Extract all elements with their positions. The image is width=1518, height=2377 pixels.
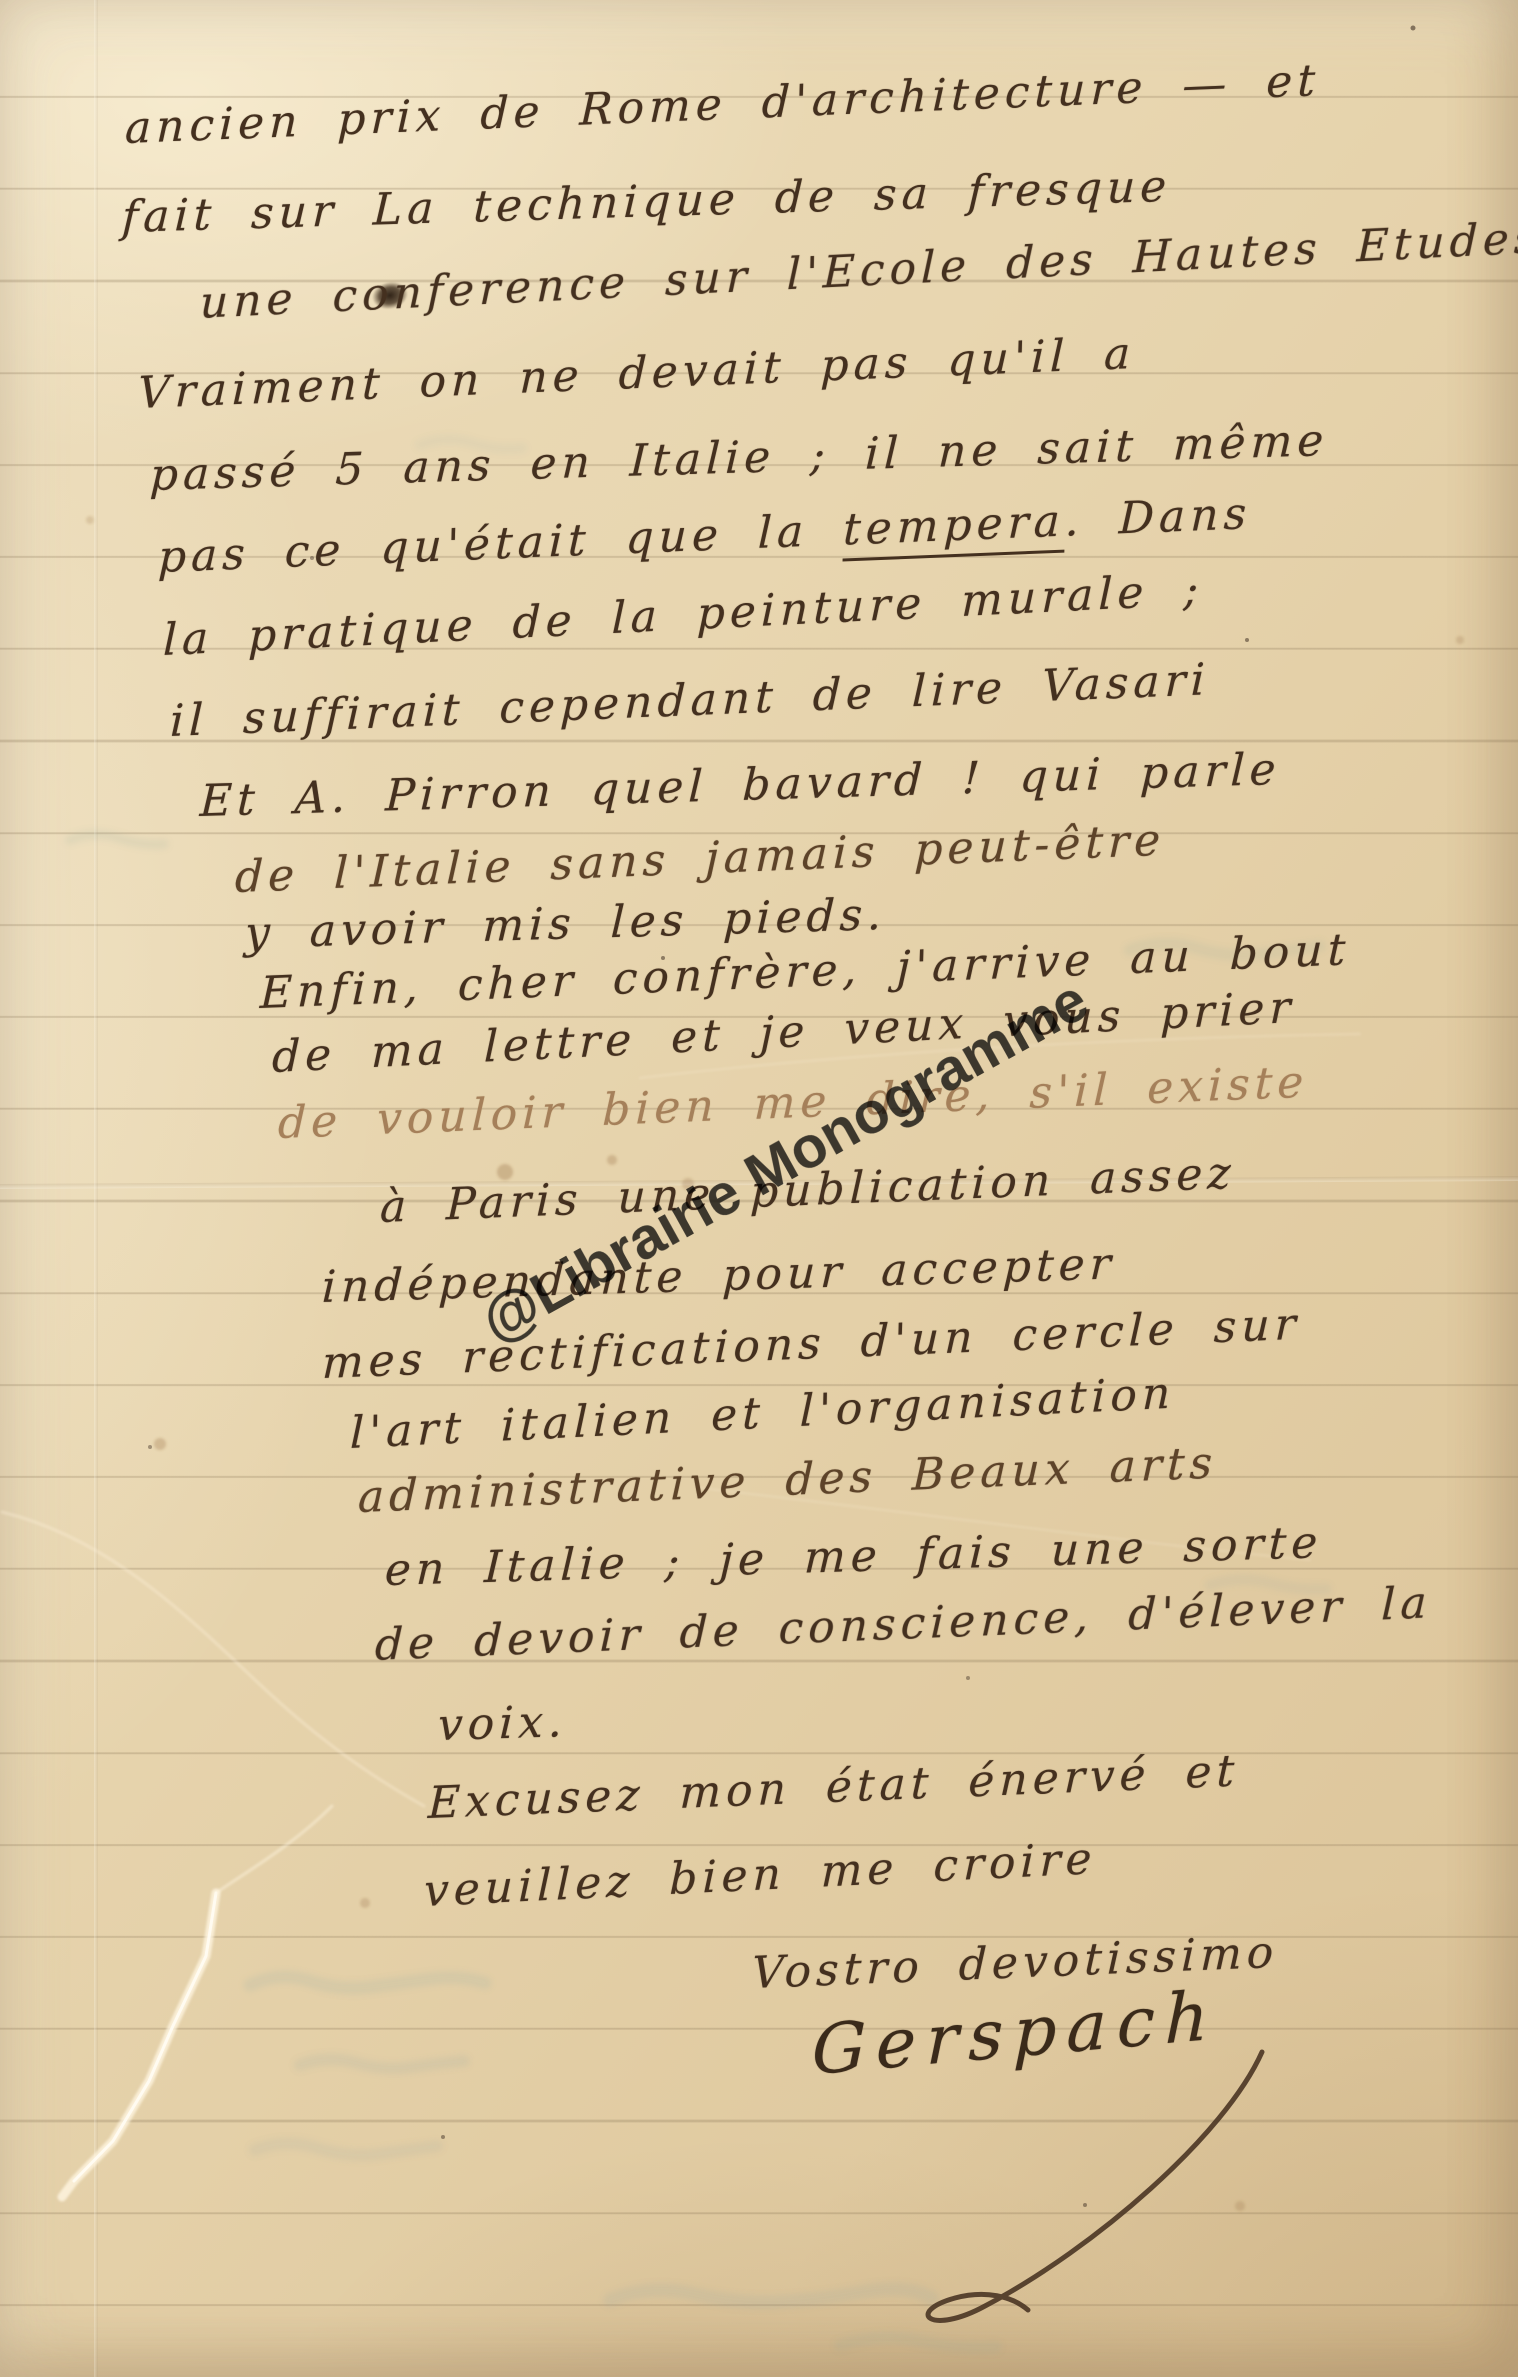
underlined-word: tempera — [842, 496, 1065, 562]
line-text: voix. — [437, 1696, 568, 1751]
letter-scan: ancien prix de Rome d'architecture — et … — [0, 0, 1518, 2377]
vertical-fold-crease — [94, 0, 98, 2377]
line-text: . Dans — [1064, 488, 1252, 547]
handwritten-line: voix. — [437, 1696, 568, 1751]
